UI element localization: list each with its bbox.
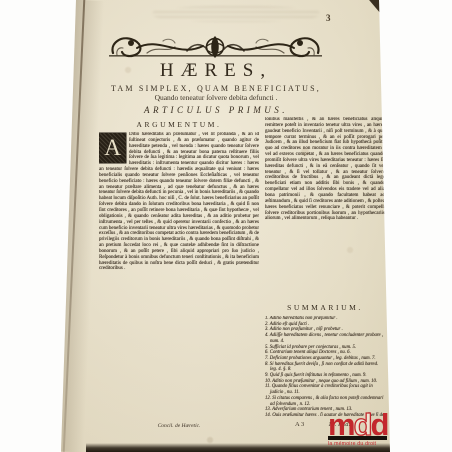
summary-item: 7. Deficiant probationes arguuntur , leg… — [265, 356, 385, 362]
logo-letter-d-outline: d — [354, 407, 371, 442]
summary-item: 11. Quando filius convenitur à creditori… — [265, 384, 385, 395]
article-heading: ARTICULUS PRIMUS. — [90, 105, 342, 115]
argumentum-body: ADitio hæreditatis an præſumatur , vel ſ… — [99, 132, 259, 419]
summarium-heading: SUMMARIUM. — [265, 303, 385, 312]
corner-shadow — [367, 0, 381, 14]
left-column: ARGUMENTUM. ADitio hæreditatis an præſum… — [99, 120, 259, 429]
summary-item: 12. Si citatus comparens , & alia facta … — [265, 396, 385, 407]
drop-cap: A — [99, 133, 126, 163]
mdd-logo: mdd la mémoire du droit — [328, 411, 387, 447]
headpiece-ornament-icon — [107, 31, 324, 62]
subtitle-line-1: TAM SIMPLEX, QUAM BENEFICIATUS, — [90, 84, 342, 93]
subtitle-line-2: Quando teneatur ſolvere debita defuncti … — [90, 93, 342, 102]
logo-letter-d-solid: d — [371, 407, 388, 442]
argumentum-heading: ARGUMENTUM. — [99, 120, 259, 129]
logo-letter-m: m — [328, 407, 354, 442]
right-column: ſonibus manifeſtis , & an hæres benefici… — [265, 117, 385, 428]
scanned-book-photo: 3 — [0, 0, 452, 452]
summary-item: 8. Si hæreditas fuerit deviſa , ſi non c… — [265, 362, 385, 373]
page-scan: 3 — [0, 0, 452, 452]
page-number: 3 — [326, 13, 331, 23]
continuation-body: ſonibus manifeſtis , & an hæres benefici… — [265, 117, 385, 295]
ink-bleedthrough — [152, 6, 320, 22]
summary-item: 4. Adiiſſe hæreditatem dicens , tenetur … — [265, 333, 385, 344]
summarium-list: 1. Aditio hæreditatis non præſumitur .2.… — [265, 316, 385, 416]
page-title: HÆRES, — [93, 60, 339, 82]
mdd-logo-letters: mdd — [328, 411, 387, 439]
source-note: Concil. de Hæretic. — [99, 423, 259, 429]
signature-mark: A 3 — [295, 421, 304, 428]
